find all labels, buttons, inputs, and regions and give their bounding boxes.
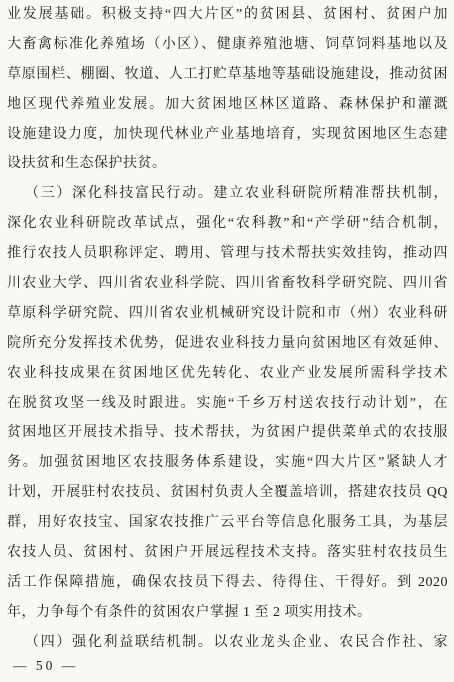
text-line: 在脱贫攻坚一线及时跟进。实施“千乡万村送农技行动计划”，在 [7,389,448,419]
text-line: 农技人员、贫困村、贫困户开展远程技术支持。落实驻村农技员生 [7,538,448,568]
text-line: 大畜禽标准化养殖场（小区）、健康养殖池塘、饲草饲料基地以及 [7,30,448,60]
text-line: 川农业大学、四川省农业科学院、四川省畜牧科学研究院、四川省 [7,269,448,299]
text-line: 深化农业科研院改革试点，强化“农科教”和“产学研”结合机制， [7,209,448,239]
text-line: 草原围栏、棚圈、牧道、人工打贮草基地等基础设施建设，推动贫困 [7,60,448,90]
text-line: 地区现代养殖业发展。加大贫困地区林区道路、森林保护和灌溉 [7,90,448,120]
text-line: 群，用好农技宝、国家农技推广云平台等信息化服务工具，为基层 [7,508,448,538]
text-line: 务。加强贫困地区农技服务体系建设，实施“四大片区”紧缺人才 [7,448,448,478]
text-line: （四）强化利益联结机制。以农业龙头企业、农民合作社、家 [7,628,448,658]
text-line: 活工作保障措施，确保农技员下得去、待得住、干得好。到 2020 [7,568,448,598]
text-line: （三）深化科技富民行动。建立农业科研院所精准帮扶机制， [7,179,448,209]
text-line: 院所充分发挥技术优势，促进农业科技力量向贫困地区有效延伸、 [7,329,448,359]
text-line: 设施建设力度，加快现代林业产业基地培育，实现贫困地区生态建 [7,120,448,150]
document-page: 业发展基础。积极支持“四大片区”的贫困县、贫困村、贫困户加大畜禽标准化养殖场（小… [0,0,454,682]
text-line: 贫困地区开展技术指导、技术帮扶，为贫困户提供菜单式的农技服 [7,418,448,448]
text-line: 业发展基础。积极支持“四大片区”的贫困县、贫困村、贫困户加 [7,0,448,30]
text-line: 草原科学研究院、四川省农业机械研究设计院和市（州）农业科研 [7,299,448,329]
text-line: 年，力争每个有条件的贫困农户掌握 1 至 2 项实用技术。 [7,598,448,628]
text-block: 业发展基础。积极支持“四大片区”的贫困县、贫困村、贫困户加大畜禽标准化养殖场（小… [7,0,448,658]
text-line: 推行农技人员职称评定、聘用、管理与技术帮扶实效挂钩，推动四 [7,239,448,269]
text-line: 农业科技成果在贫困地区优先转化、农业产业发展所需科学技术 [7,359,448,389]
text-line: 设扶贫和生态保护扶贫。 [7,149,448,179]
page-number: — 50 — [13,656,78,676]
text-line: 计划，开展驻村农技员、贫困村负责人全覆盖培训，搭建农技员 QQ [7,478,448,508]
